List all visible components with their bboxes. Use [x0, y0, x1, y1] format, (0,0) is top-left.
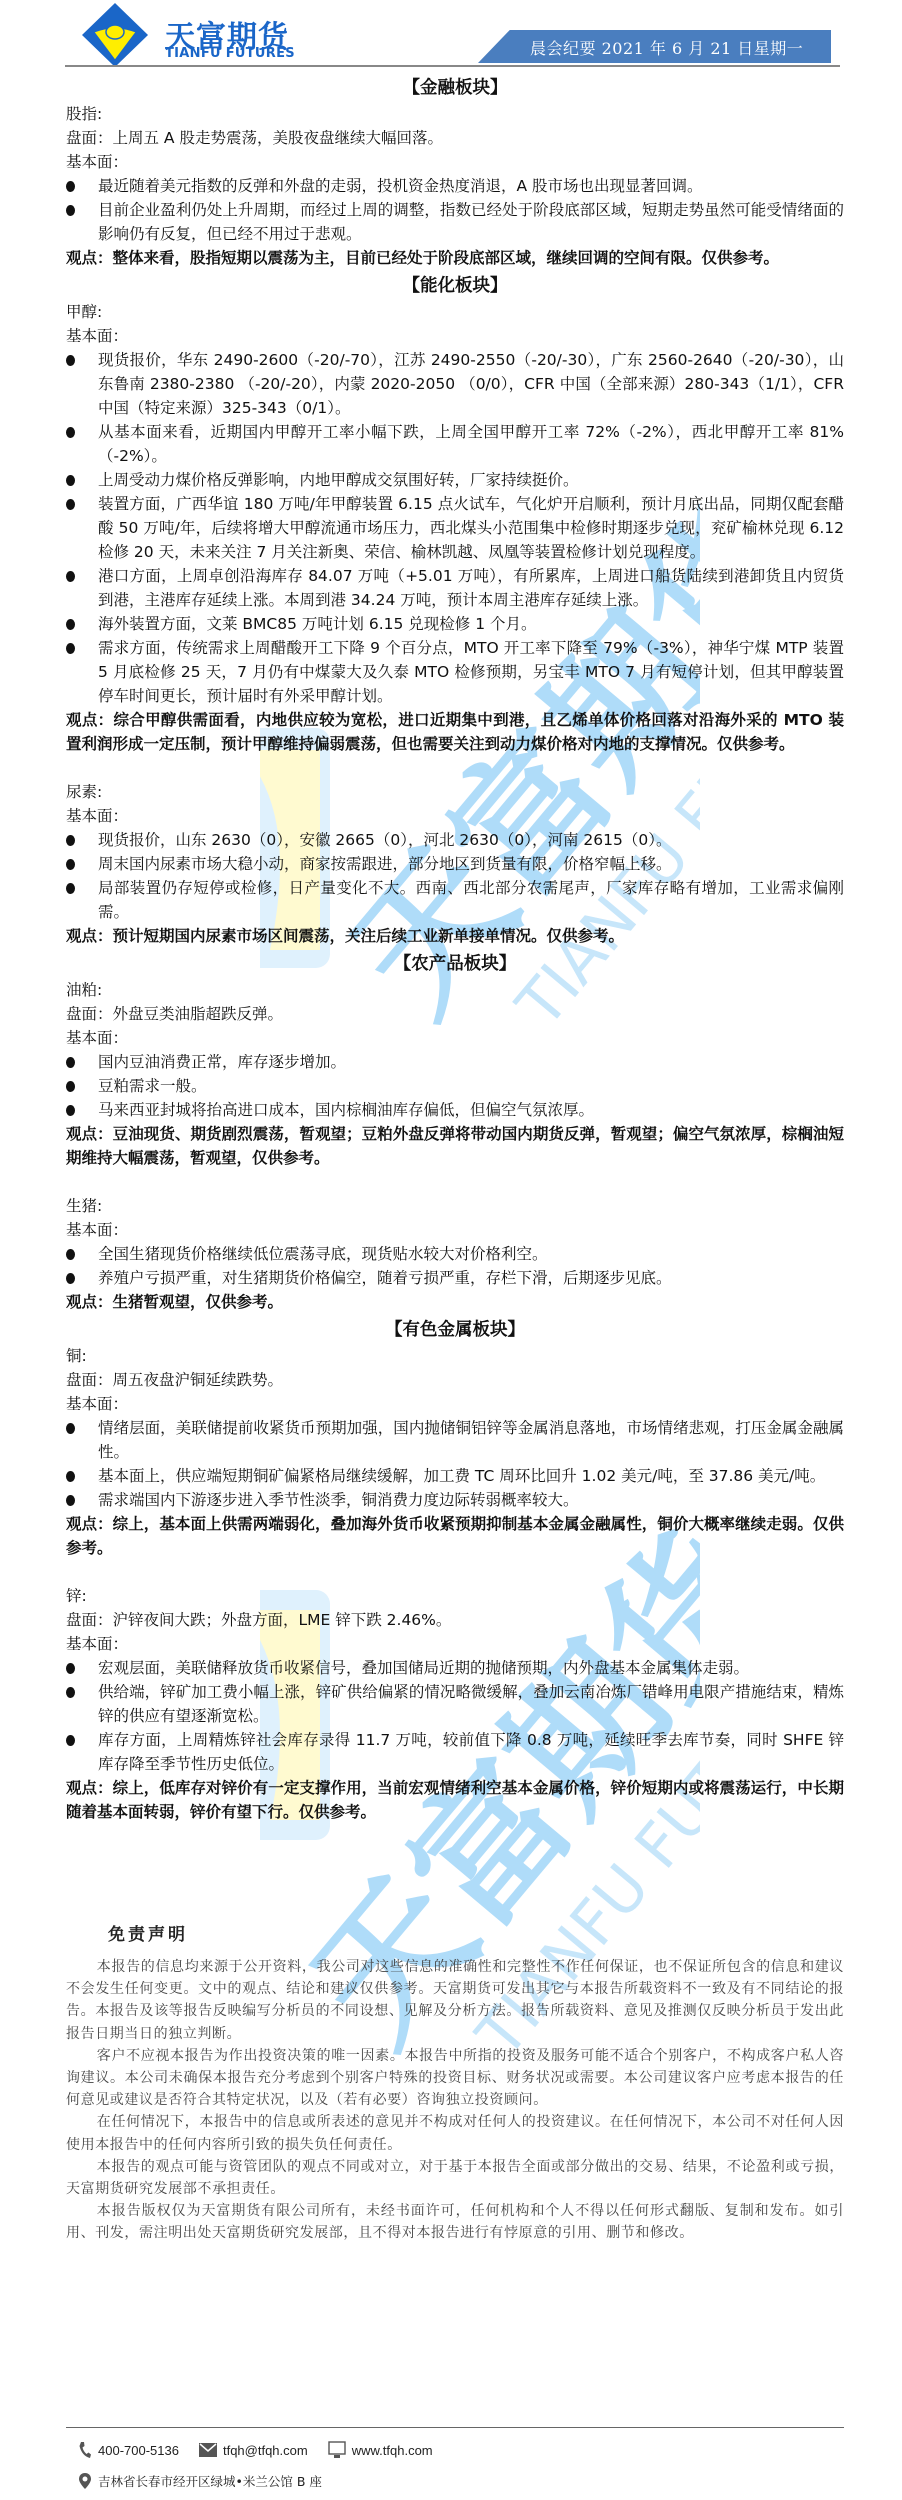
list-item: 马来西亚封城将抬高进口成本，国内棕榈油库存偏低，但偏空气氛浓厚。: [66, 1098, 844, 1122]
disclaimer-title: 免责声明: [108, 1920, 188, 1945]
bullet-icon: [66, 835, 75, 846]
list-item: 局部装置仍存短停或检修，日产量变化不大。西南、西北部分农需尾声，厂家库存略有增加…: [66, 876, 844, 924]
list-item: 全国生猪现货价格继续低位震荡寻底，现货贴水较大对价格利空。: [66, 1242, 844, 1266]
bullet-list: 国内豆油消费正常，库存逐步增加。 豆粕需求一般。 马来西亚封城将抬高进口成本，国…: [66, 1050, 844, 1122]
list-item: 宏观层面，美联储释放货币收紧信号，叠加国储局近期的抛储预期，内外盘基本金属集体走…: [66, 1656, 844, 1680]
bullet-icon: [66, 1495, 75, 1506]
section-title-metals: 【有色金属板块】: [66, 1316, 844, 1344]
spacer: [66, 756, 844, 780]
report-header: 天富期货 TIANFU FUTURES 晨会纪要 2021 年 6 月 21 日…: [0, 0, 902, 70]
bullet-icon: [66, 619, 75, 630]
disclaimer-paragraph: 本报告版权仅为天富期货有限公司所有，未经书面许可，任何机构和个人不得以任何形式翻…: [66, 2200, 844, 2244]
footer-website: www.tfqh.com: [328, 2441, 433, 2459]
bullet-icon: [66, 1471, 75, 1482]
list-item: 现货报价，华东 2490-2600（-20/-70），江苏 2490-2550（…: [66, 348, 844, 420]
list-item: 装置方面，广西华谊 180 万吨/年甲醇装置 6.15 点火试车，气化炉开启顺利…: [66, 492, 844, 564]
spacer: [66, 1170, 844, 1194]
fundamentals-label: 基本面：: [66, 1392, 844, 1416]
section-title-agri: 【农产品板块】: [66, 950, 844, 978]
list-item: 基本面上，供应端短期铜矿偏紧格局继续缓解，加工费 TC 周环比回升 1.02 美…: [66, 1464, 844, 1488]
location-pin-icon: [78, 2472, 92, 2490]
category-methanol: 甲醇:: [66, 300, 844, 324]
bullet-icon: [66, 1687, 75, 1698]
list-item: 供给端，锌矿加工费小幅上涨，锌矿供给偏紧的情况略微缓解，叠加云南冶炼厂错峰用电限…: [66, 1680, 844, 1728]
bullet-icon: [66, 1663, 75, 1674]
category-urea: 尿素:: [66, 780, 844, 804]
list-item: 上周受动力煤价格反弹影响，内地甲醇成交氛围好转，厂家持续挺价。: [66, 468, 844, 492]
date-banner-text: 晨会纪要 2021 年 6 月 21 日星期一: [530, 36, 830, 59]
list-item: 海外装置方面，文莱 BMC85 万吨计划 6.15 兑现检修 1 个月。: [66, 612, 844, 636]
view-summary: 观点：综上，基本面上供需两端弱化，叠加海外货币收紧预期抑制基本金属金融属性，铜价…: [66, 1512, 844, 1560]
bullet-icon: [66, 1081, 75, 1092]
list-item: 需求端国内下游逐步进入季节性淡季，铜消费力度边际转弱概率较大。: [66, 1488, 844, 1512]
market-summary: 盘面：外盘豆类油脂超跌反弹。: [66, 1002, 844, 1026]
list-item: 最近随着美元指数的反弹和外盘的走弱，投机资金热度消退，A 股市场也出现显著回调。: [66, 174, 844, 198]
fundamentals-label: 基本面：: [66, 804, 844, 828]
view-summary: 观点：生猪暂观望，仅供参考。: [66, 1290, 844, 1314]
report-page: 天富期货 TIANFU FUTURES 天富期货 TIANFU FUTURES …: [0, 0, 902, 2500]
disclaimer-paragraph: 在任何情况下，本报告中的信息或所表述的意见并不构成对任何人的投资建议。在任何情况…: [66, 2111, 844, 2155]
mail-icon: [199, 2443, 217, 2457]
company-logo: 天富期货 TIANFU FUTURES: [80, 2, 300, 68]
list-item: 库存方面，上周精炼锌社会库存录得 11.7 万吨，较前值下降 0.8 万吨，延续…: [66, 1728, 844, 1776]
email-link[interactable]: tfqh@tfqh.com: [223, 2443, 308, 2458]
footer-email: tfqh@tfqh.com: [199, 2443, 308, 2458]
bullet-icon: [66, 859, 75, 870]
bullet-list: 全国生猪现货价格继续低位震荡寻底，现货贴水较大对价格利空。 养殖户亏损严重，对生…: [66, 1242, 844, 1290]
bullet-icon: [66, 1057, 75, 1068]
footer-divider: [66, 2427, 844, 2428]
view-summary: 观点：综上，低库存对锌价有一定支撑作用，当前宏观情绪利空基本金属价格，锌价短期内…: [66, 1776, 844, 1824]
view-summary: 观点：豆油现货、期货剧烈震荡，暂观望；豆粕外盘反弹将带动国内期货反弹，暂观望；偏…: [66, 1122, 844, 1170]
bullet-list: 宏观层面，美联储释放货币收紧信号，叠加国储局近期的抛储预期，内外盘基本金属集体走…: [66, 1656, 844, 1776]
bullet-icon: [66, 1735, 75, 1746]
list-item: 需求方面，传统需求上周醋酸开工下降 9 个百分点，MTO 开工率下降至 79%（…: [66, 636, 844, 708]
footer-phone: 400-700-5136: [78, 2441, 179, 2459]
list-item: 国内豆油消费正常，库存逐步增加。: [66, 1050, 844, 1074]
address-text: 吉林省长春市经开区绿城•米兰公馆 B 座: [98, 2472, 322, 2490]
monitor-icon: [328, 2441, 346, 2459]
view-summary: 观点：整体来看，股指短期以震荡为主，目前已经处于阶段底部区域，继续回调的空间有限…: [66, 246, 844, 270]
bullet-icon: [66, 1249, 75, 1260]
footer-contacts: 400-700-5136 tfqh@tfqh.com www.tfqh.com: [78, 2441, 453, 2459]
category-zinc: 锌:: [66, 1584, 844, 1608]
disclaimer-paragraph: 客户不应视本报告为作出投资决策的唯一因素。本报告中所指的投资及服务可能不适合个别…: [66, 2045, 844, 2112]
disclaimer-body: 本报告的信息均来源于公开资料，我公司对这些信息的准确性和完整性不作任何保证，也不…: [66, 1956, 844, 2245]
list-item: 现货报价，山东 2630（0），安徽 2665（0），河北 2630（0），河南…: [66, 828, 844, 852]
bullet-list: 最近随着美元指数的反弹和外盘的走弱，投机资金热度消退，A 股市场也出现显著回调。…: [66, 174, 844, 246]
bullet-list: 情绪层面，美联储提前收紧货币预期加强，国内抛储铜铝锌等金属消息落地，市场情绪悲观…: [66, 1416, 844, 1512]
section-title-energy: 【能化板块】: [66, 272, 844, 300]
bullet-icon: [66, 571, 75, 582]
diamond-logo-icon: [80, 2, 150, 68]
fundamentals-label: 基本面：: [66, 1632, 844, 1656]
view-summary: 观点：预计短期国内尿素市场区间震荡，关注后续工业新单接单情况。仅供参考。: [66, 924, 844, 948]
bullet-icon: [66, 475, 75, 486]
bullet-icon: [66, 1273, 75, 1284]
phone-icon: [78, 2441, 92, 2459]
website-link[interactable]: www.tfqh.com: [352, 2443, 433, 2458]
bullet-icon: [66, 355, 75, 366]
disclaimer-paragraph: 本报告的信息均来源于公开资料，我公司对这些信息的准确性和完整性不作任何保证，也不…: [66, 1956, 844, 2045]
footer-address: 吉林省长春市经开区绿城•米兰公馆 B 座: [78, 2472, 322, 2490]
category-copper: 铜:: [66, 1344, 844, 1368]
category-hog: 生猪:: [66, 1194, 844, 1218]
view-summary: 观点：综合甲醇供需面看，内地供应较为宽松，进口近期集中到港，且乙烯单体价格回落对…: [66, 708, 844, 756]
list-item: 周末国内尿素市场大稳小动，商家按需跟进，部分地区到货量有限，价格窄幅上移。: [66, 852, 844, 876]
category-stock-index: 股指:: [66, 102, 844, 126]
fundamentals-label: 基本面：: [66, 150, 844, 174]
spacer: [66, 1560, 844, 1584]
market-summary: 盘面：沪锌夜间大跌；外盘方面，LME 锌下跌 2.46%。: [66, 1608, 844, 1632]
bullet-icon: [66, 1423, 75, 1434]
bullet-list: 现货报价，华东 2490-2600（-20/-70），江苏 2490-2550（…: [66, 348, 844, 708]
bullet-icon: [66, 883, 75, 894]
disclaimer-paragraph: 本报告的观点可能与资管团队的观点不同或对立，对于基于本报告全面或部分做出的交易、…: [66, 2156, 844, 2200]
fundamentals-label: 基本面：: [66, 1026, 844, 1050]
logo-english-name: TIANFU FUTURES: [165, 46, 295, 61]
list-item: 从基本面来看，近期国内甲醇开工率小幅下跌，上周全国甲醇开工率 72%（-2%），…: [66, 420, 844, 468]
section-title-finance: 【金融板块】: [66, 74, 844, 102]
market-summary: 盘面：周五夜盘沪铜延续跌势。: [66, 1368, 844, 1392]
market-summary: 盘面：上周五 A 股走势震荡，美股夜盘继续大幅回落。: [66, 126, 844, 150]
bullet-icon: [66, 427, 75, 438]
report-body: 【金融板块】 股指: 盘面：上周五 A 股走势震荡，美股夜盘继续大幅回落。 基本…: [66, 72, 844, 1824]
bullet-list: 现货报价，山东 2630（0），安徽 2665（0），河北 2630（0），河南…: [66, 828, 844, 924]
list-item: 情绪层面，美联储提前收紧货币预期加强，国内抛储铜铝锌等金属消息落地，市场情绪悲观…: [66, 1416, 844, 1464]
bullet-icon: [66, 1105, 75, 1116]
list-item: 豆粕需求一般。: [66, 1074, 844, 1098]
list-item: 目前企业盈利仍处上升周期，而经过上周的调整，指数已经处于阶段底部区域，短期走势虽…: [66, 198, 844, 246]
header-divider: [65, 65, 840, 67]
bullet-icon: [66, 205, 75, 216]
list-item: 养殖户亏损严重，对生猪期货价格偏空，随着亏损严重，存栏下滑，后期逐步见底。: [66, 1266, 844, 1290]
fundamentals-label: 基本面：: [66, 324, 844, 348]
list-item: 港口方面，上周卓创沿海库存 84.07 万吨（+5.01 万吨），有所累库，上周…: [66, 564, 844, 612]
phone-number[interactable]: 400-700-5136: [98, 2443, 179, 2458]
bullet-icon: [66, 181, 75, 192]
category-oilmeal: 油粕:: [66, 978, 844, 1002]
bullet-icon: [66, 499, 75, 510]
bullet-icon: [66, 643, 75, 654]
fundamentals-label: 基本面：: [66, 1218, 844, 1242]
